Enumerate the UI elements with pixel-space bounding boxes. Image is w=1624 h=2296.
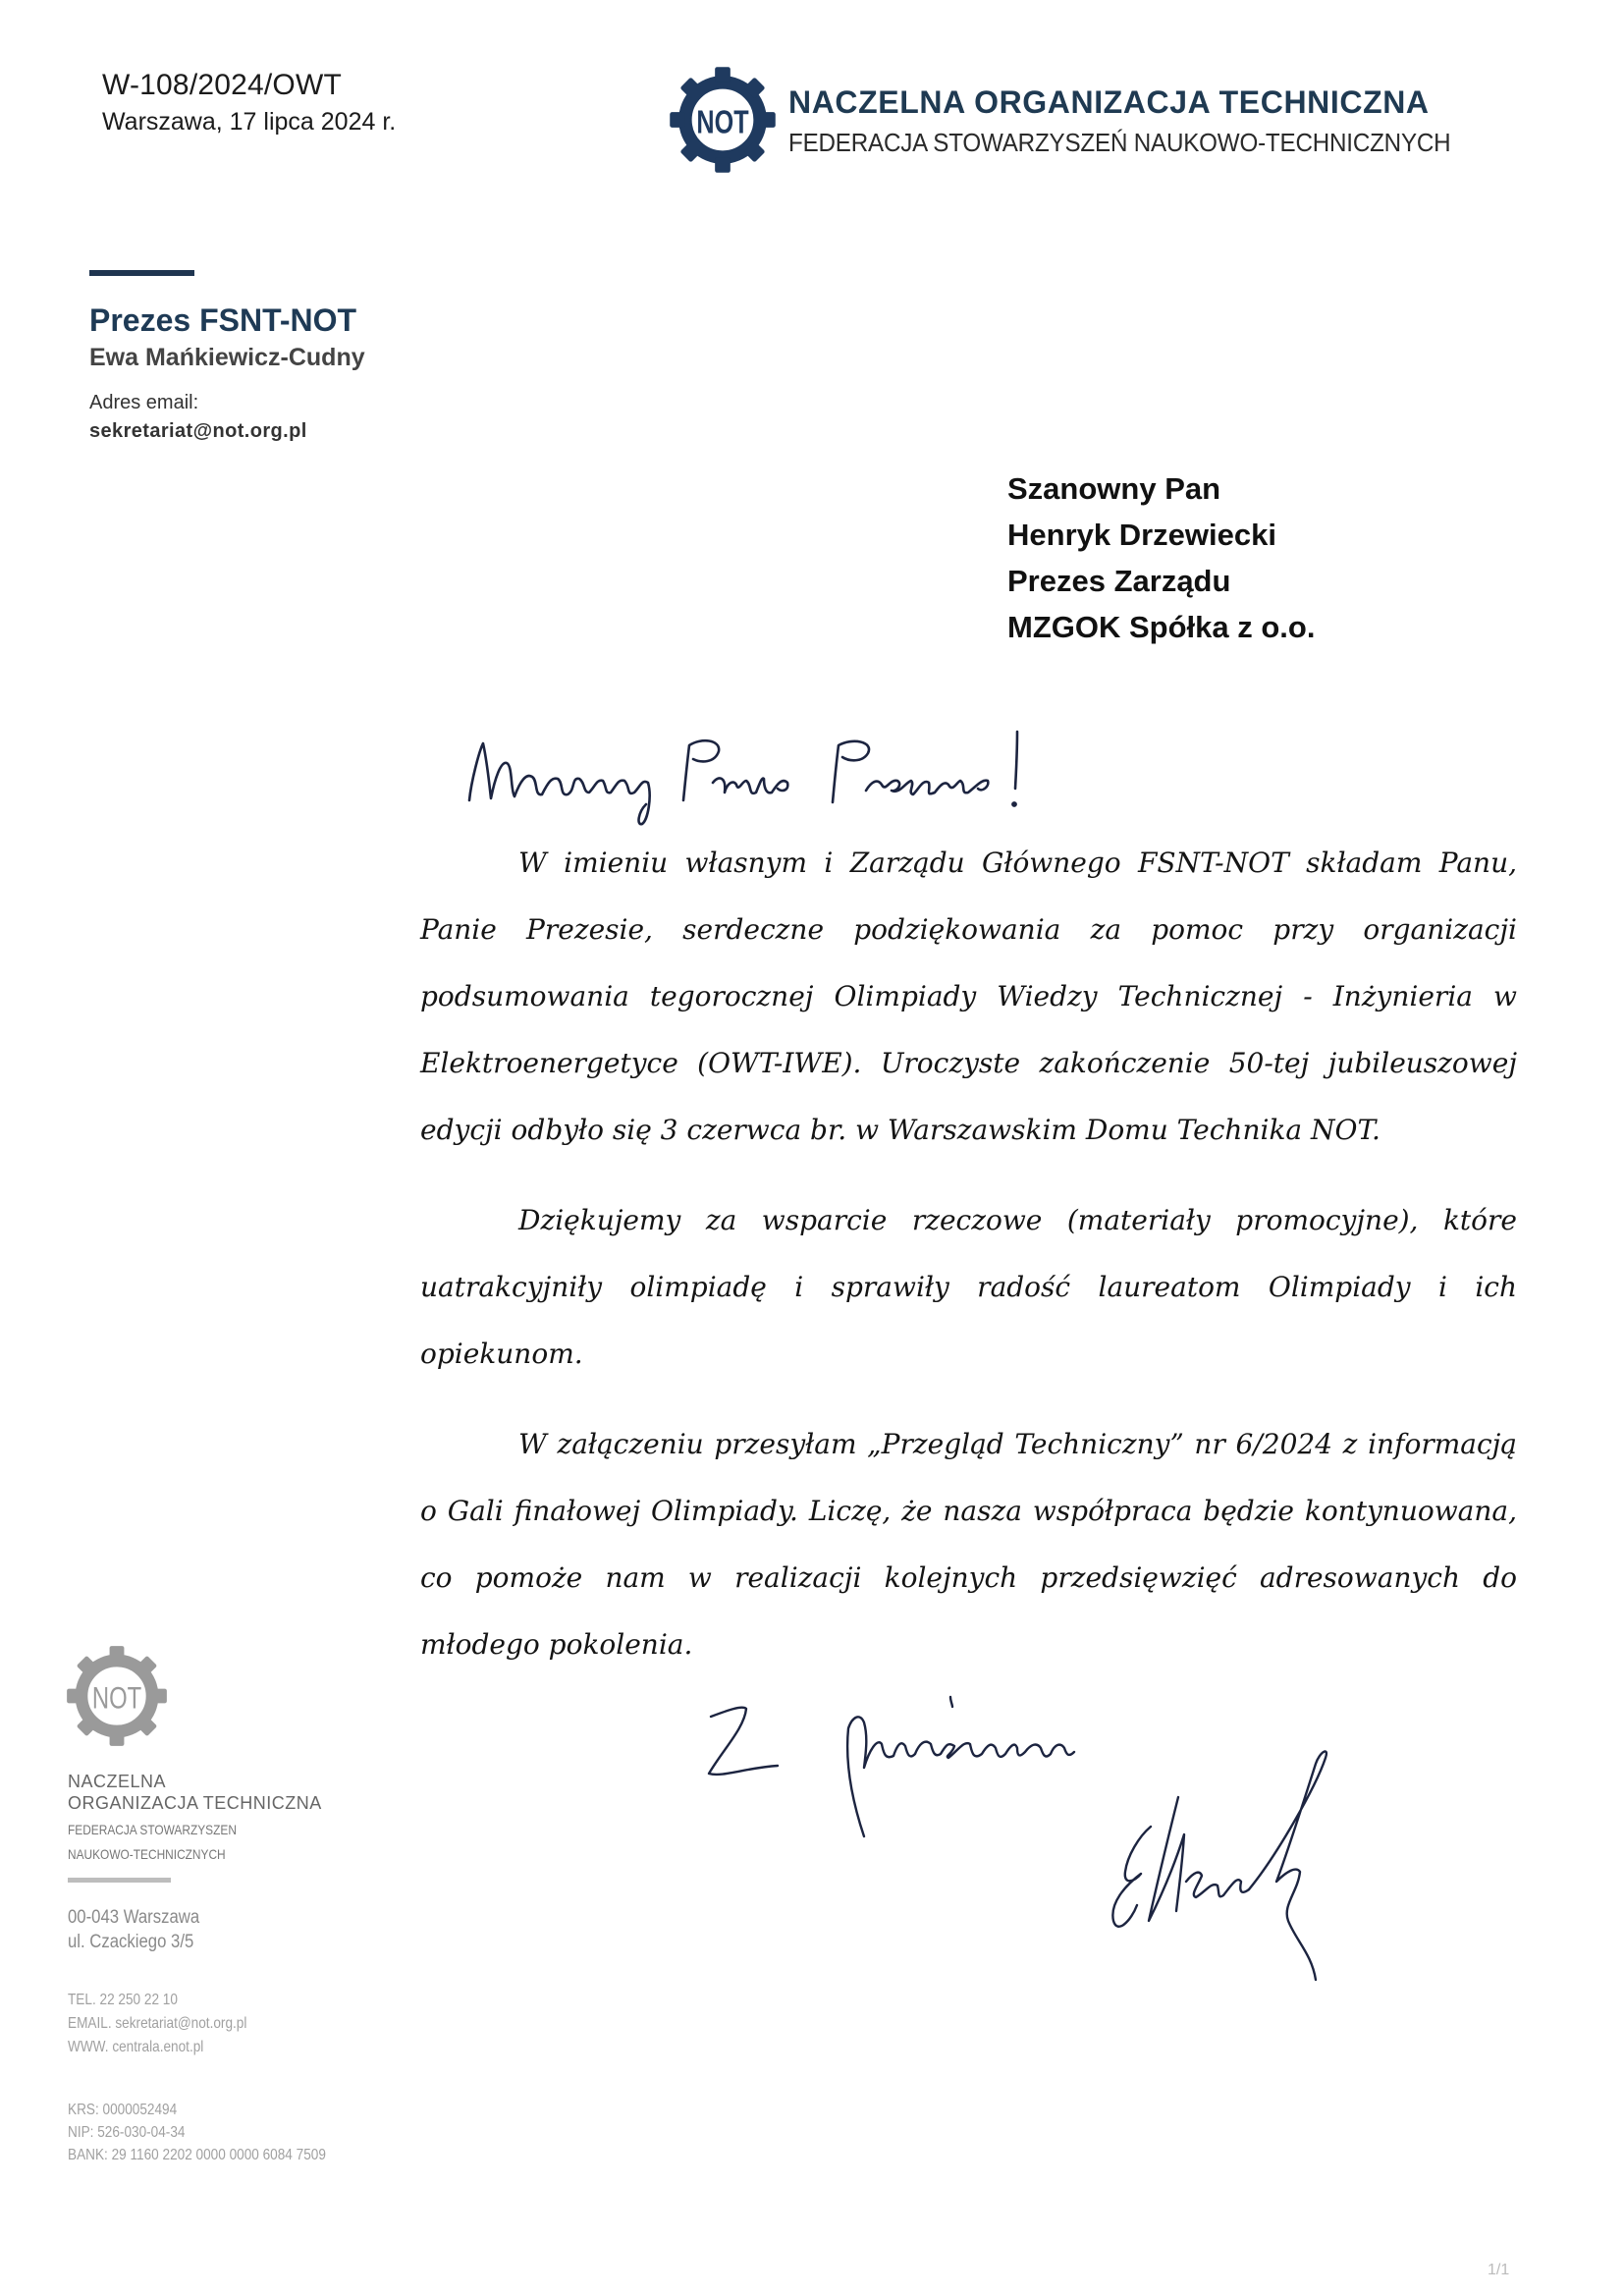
sender-email-label: Adres email: <box>89 392 198 414</box>
recipient-line: Henryk Drzewiecki <box>1007 512 1315 558</box>
handwritten-salutation <box>461 722 1149 830</box>
footer-nip: NIP: 526-030-04-34 <box>68 2121 326 2144</box>
recipient-line: MZGOK Spółka z o.o. <box>1007 604 1315 650</box>
footer-address-line: 00-043 Warszawa <box>68 1905 199 1930</box>
footer-divider <box>68 1878 171 1883</box>
org-title: NACZELNA ORGANIZACJA TECHNICZNA <box>788 84 1430 121</box>
footer-legal: KRS: 0000052494 NIP: 526-030-04-34 BANK:… <box>68 2099 326 2166</box>
body-paragraph: W imieniu własnym i Zarządu Głównego FSN… <box>420 830 1517 1164</box>
letter-body: W imieniu własnym i Zarządu Głównego FSN… <box>420 830 1517 1702</box>
body-paragraph: Dziękujemy za wsparcie rzeczowe (materia… <box>420 1187 1517 1388</box>
recipient-line: Prezes Zarządu <box>1007 558 1315 604</box>
sender-name: Ewa Mańkiewicz-Cudny <box>89 344 365 372</box>
footer-tel: TEL. 22 250 22 10 <box>68 1989 246 2012</box>
footer-bank: BANK: 29 1160 2202 0000 0000 6084 7509 <box>68 2144 326 2166</box>
svg-text:NOT: NOT <box>92 1680 141 1715</box>
sender-divider <box>89 270 194 276</box>
org-subtitle: FEDERACJA STOWARZYSZEŃ NAUKOWO-TECHNICZN… <box>788 128 1450 158</box>
footer-address-line: ul. Czackiego 3/5 <box>68 1930 199 1954</box>
footer-org-line2: ORGANIZACJA TECHNICZNA <box>68 1793 322 1814</box>
closing-and-signature <box>687 1689 1375 1984</box>
sender-email: sekretariat@not.org.pl <box>89 420 307 443</box>
footer-fed-line1: FEDERACJA STOWARZYSZEN <box>68 1822 237 1837</box>
place-date: Warszawa, 17 lipca 2024 r. <box>102 108 396 137</box>
not-gear-logo-footer-icon: NOT <box>65 1644 169 1748</box>
page-number: 1/1 <box>1488 2262 1509 2279</box>
footer-contact: TEL. 22 250 22 10 EMAIL. sekretariat@not… <box>68 1989 246 2059</box>
footer-org-line1: NACZELNA <box>68 1772 166 1792</box>
sender-title: Prezes FSNT-NOT <box>89 302 356 339</box>
reference-number: W-108/2024/OWT <box>102 69 342 102</box>
footer-www: WWW. centrala.enot.pl <box>68 2036 246 2059</box>
footer-email: EMAIL. sekretariat@not.org.pl <box>68 2012 246 2036</box>
footer-krs: KRS: 0000052494 <box>68 2099 326 2121</box>
svg-text:NOT: NOT <box>696 104 748 140</box>
body-paragraph: W załączeniu przesyłam „Przegląd Technic… <box>420 1411 1517 1678</box>
not-gear-logo-icon: NOT <box>668 65 778 175</box>
footer-fed-line2: NAUKOWO-TECHNICZNYCH <box>68 1846 226 1862</box>
recipient-block: Szanowny Pan Henryk Drzewiecki Prezes Za… <box>1007 465 1315 650</box>
footer-address: 00-043 Warszawa ul. Czackiego 3/5 <box>68 1905 199 1954</box>
recipient-line: Szanowny Pan <box>1007 465 1315 512</box>
